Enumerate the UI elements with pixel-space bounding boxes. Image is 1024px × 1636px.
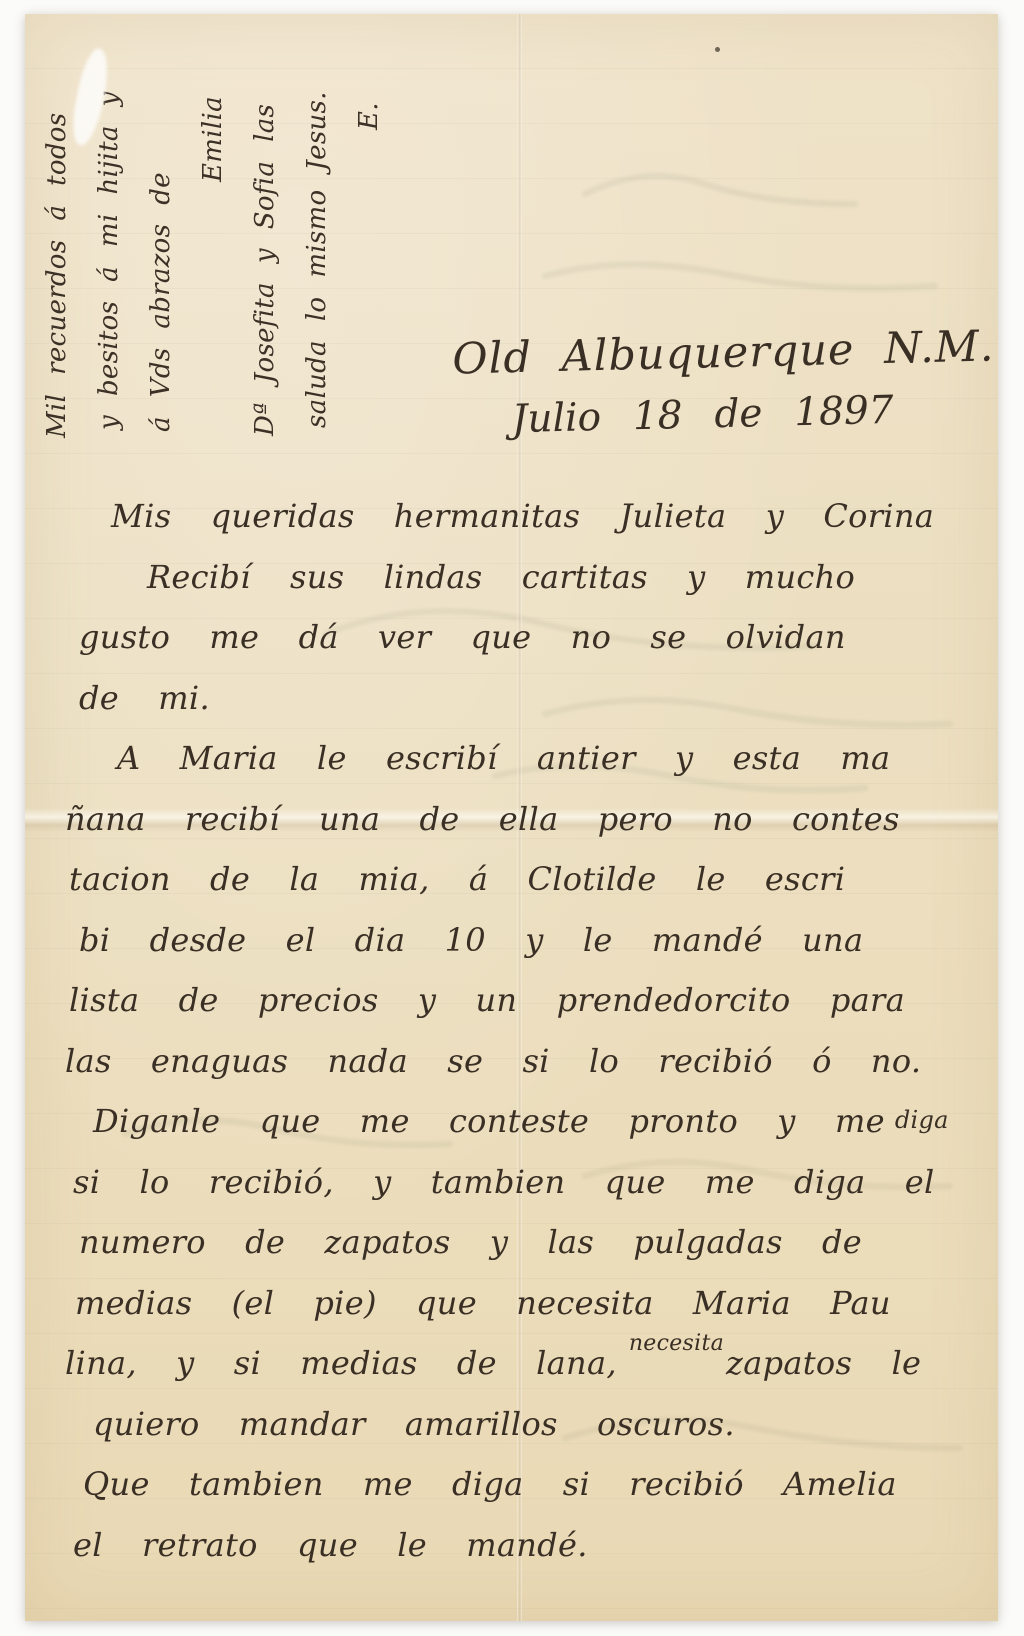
margin-note-signature-emilia: Emilia xyxy=(187,16,239,438)
body-line-12: si lo recibió, y tambien que me diga el xyxy=(73,1152,1000,1213)
margin-note-line-6: saluda lo mismo Jesus. xyxy=(291,16,343,438)
body-line-16: quiero mandar amarillos oscuros. xyxy=(93,1394,1000,1455)
body-line-3: gusto me dá ver que no se olvidan xyxy=(79,607,1000,668)
body-line-13: numero de zapatos y las pulgadas de xyxy=(79,1212,1000,1273)
margin-note-line-5: Dª Josefita y Sofia las xyxy=(239,16,291,438)
body-line-9: lista de precios y un prendedorcito para xyxy=(69,970,1000,1031)
body-line-11: Diganle que me conteste pronto y mediga xyxy=(93,1091,1000,1152)
body-line-11-text: Diganle que me conteste pronto y me xyxy=(93,1102,885,1140)
margin-note-initial-e: E. xyxy=(343,16,395,438)
body-line-7: tacion de la mia, á Clotilde le escri xyxy=(69,849,1000,910)
body-line-6: ñana recibí una de ella pero no contes xyxy=(65,789,1000,850)
scanned-letter: Mil recuerdos á todos y besitos á mi hij… xyxy=(0,0,1024,1636)
letter-date: Julio 18 de 1897 xyxy=(511,385,994,442)
body-line-17: Que tambien me diga si recibió Amelia xyxy=(83,1454,1000,1515)
margin-note-line-3: á Vds abrazos de xyxy=(135,16,187,438)
interlinear-insertion: necesita xyxy=(629,1314,724,1375)
ink-speck xyxy=(715,47,720,52)
body-line-15: lina, y si medias de lana,necesitazapato… xyxy=(65,1333,1000,1394)
body-line-10: las enaguas nada se si lo recibió ó no. xyxy=(65,1031,1000,1092)
letter-page: Mil recuerdos á todos y besitos á mi hij… xyxy=(25,14,998,1621)
body-line-18: el retrato que le mandé. xyxy=(73,1515,1000,1576)
letter-heading: Old Albuquerque N.M. Julio 18 de 1897 xyxy=(452,321,995,443)
body-line-2: Recibí sus lindas cartitas y mucho xyxy=(147,547,1000,608)
body-line-11-squeezed-word: diga xyxy=(895,1106,949,1134)
margin-note-line-1: Mil recuerdos á todos xyxy=(31,16,83,438)
letter-place: Old Albuquerque N.M. xyxy=(452,321,993,384)
body-line-15-text-after: zapatos le xyxy=(726,1344,921,1382)
letter-body: Mis queridas hermanitas Julieta y Corina… xyxy=(65,486,1000,1575)
body-line-8: bi desde el dia 10 y le mandé una xyxy=(79,910,1000,971)
body-line-4: de mi. xyxy=(79,668,1000,729)
body-line-15-text: lina, y si medias de lana, xyxy=(65,1344,617,1382)
salutation-line: Mis queridas hermanitas Julieta y Corina xyxy=(111,486,1000,547)
body-line-5: A Maria le escribí antier y esta ma xyxy=(117,728,1000,789)
body-line-14: medias (el pie) que necesita Maria Pau xyxy=(75,1273,1000,1334)
